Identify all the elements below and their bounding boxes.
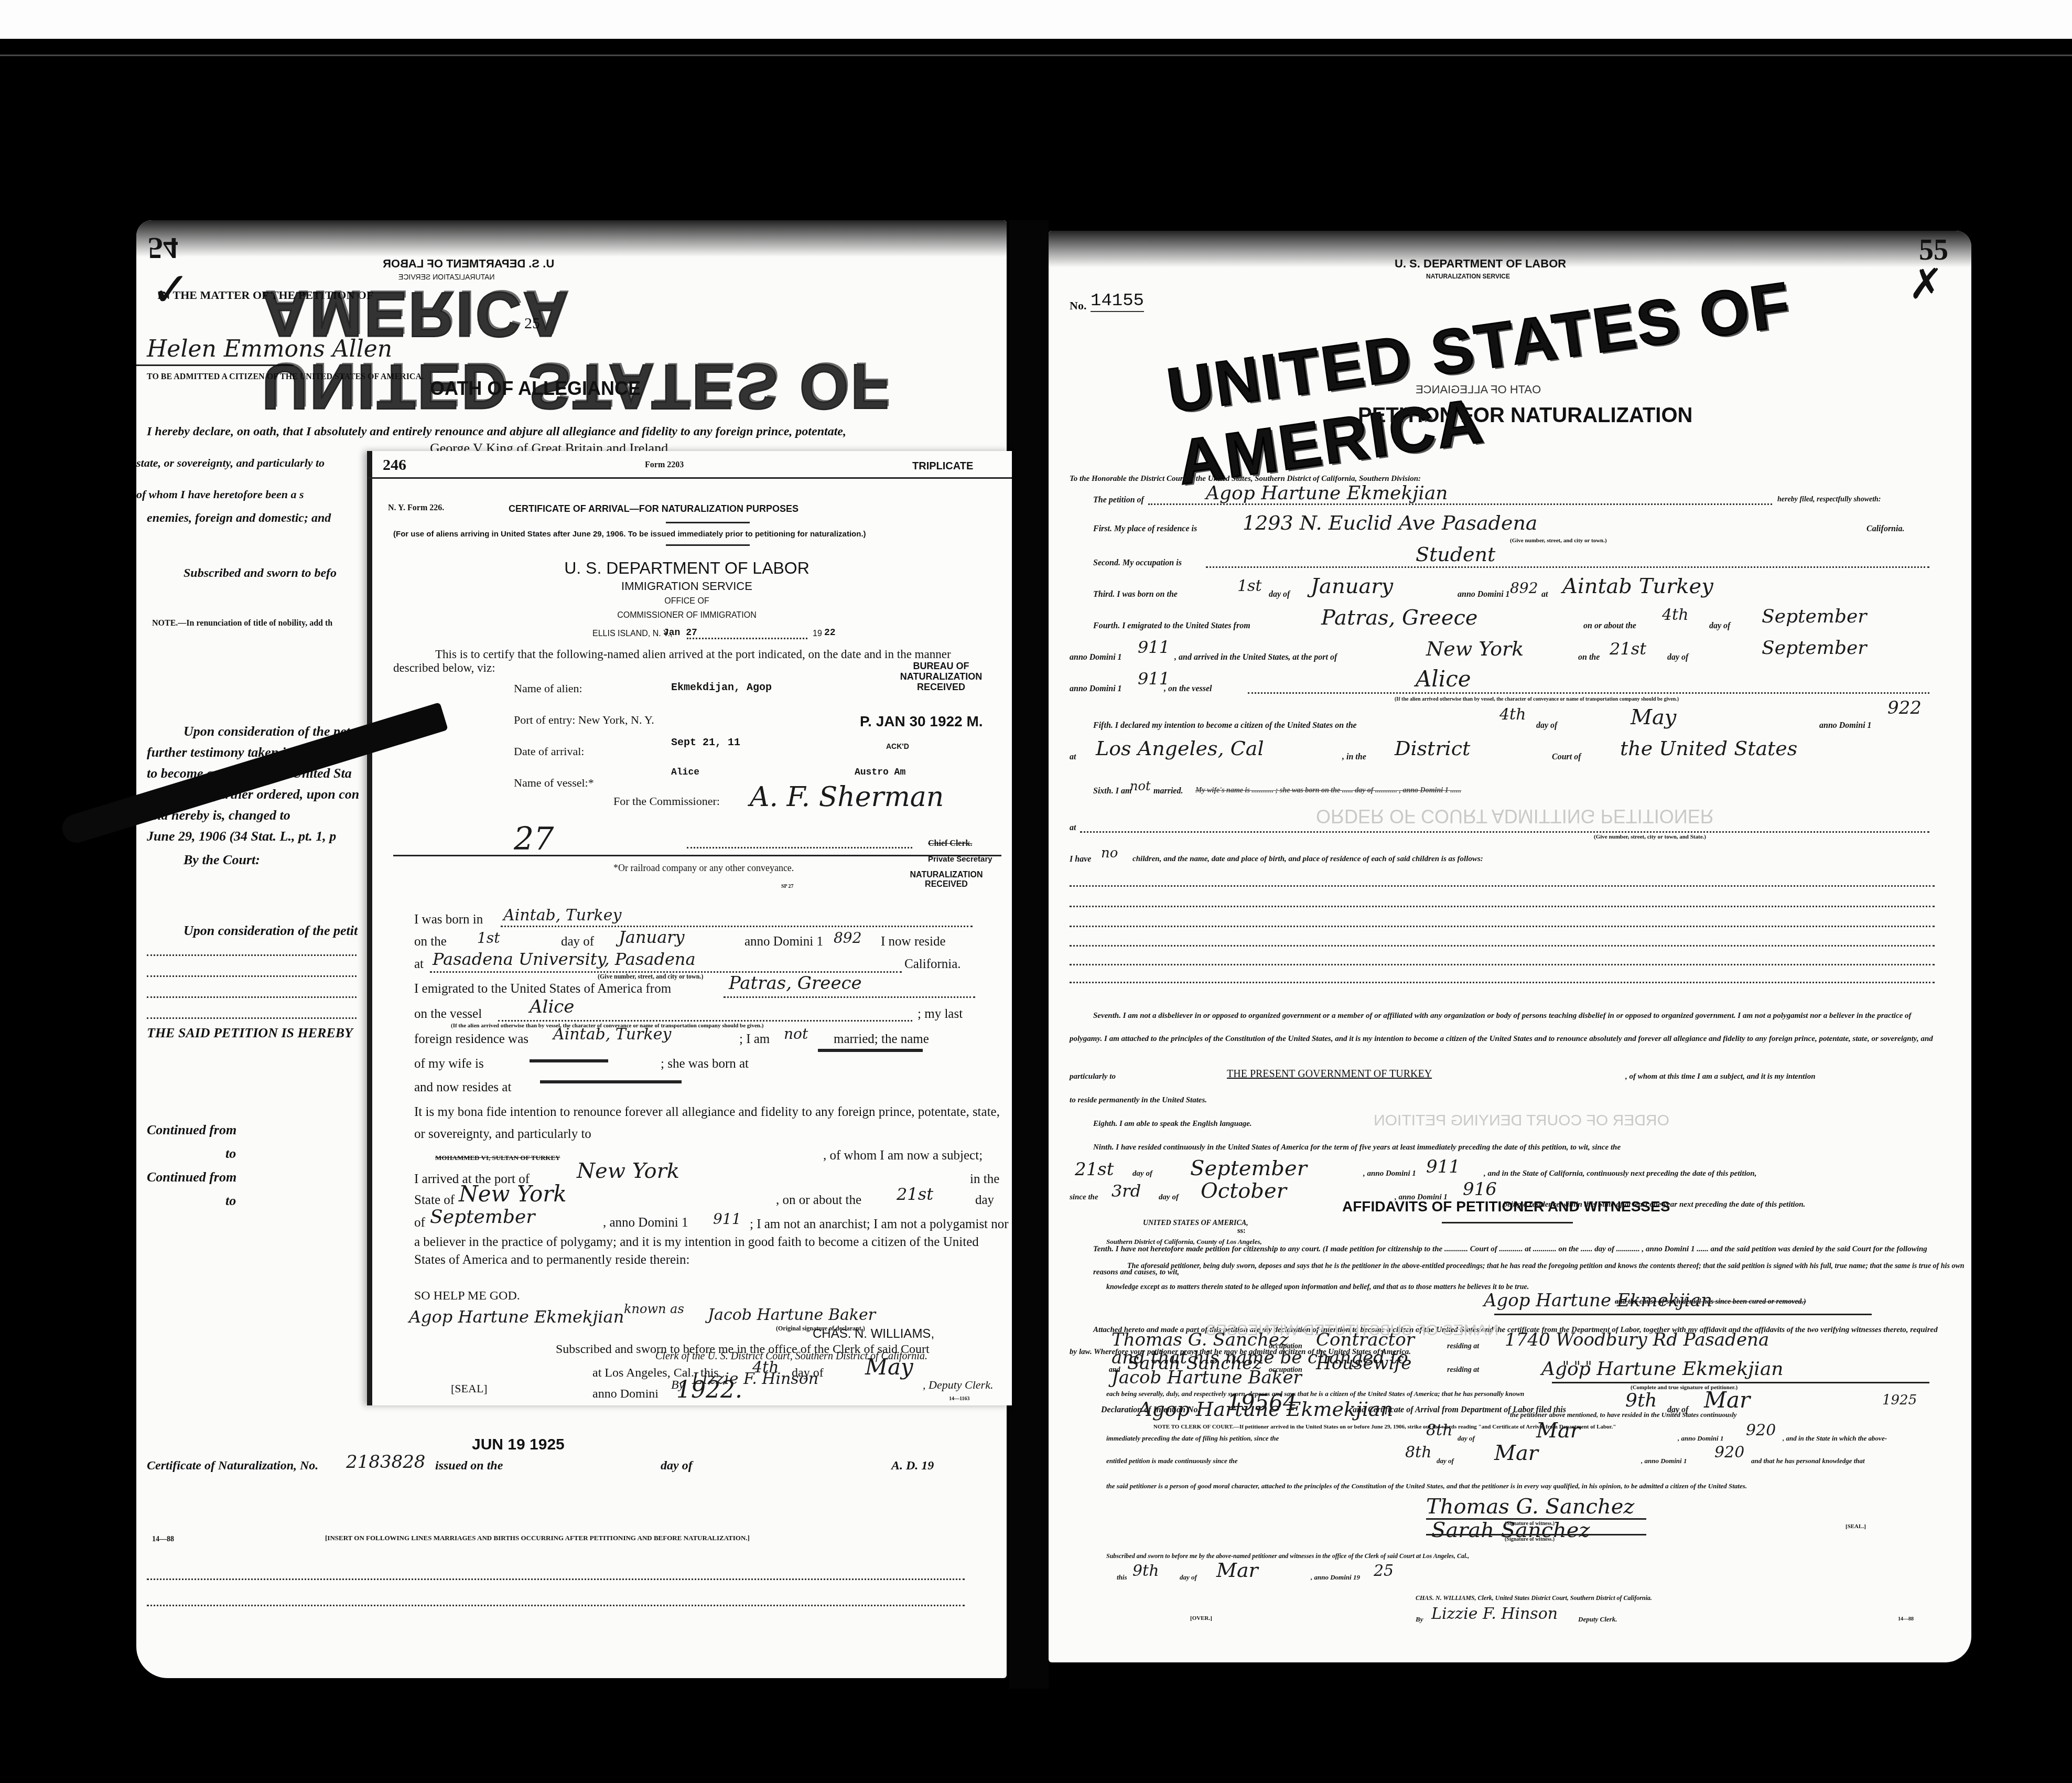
clerk-name: CHAS. N. WILLIAMS, <box>813 1327 934 1341</box>
ad-label: A. D. 19 <box>891 1459 934 1473</box>
first-value: 1293 N. Euclid Ave Pasadena <box>1243 511 1538 534</box>
ninth-since: since the <box>1070 1193 1098 1202</box>
i-am-label: ; I am <box>739 1032 770 1047</box>
blank-line <box>1070 926 1935 927</box>
born-value: Aintab, Turkey <box>503 906 621 925</box>
petition-number: 14155 <box>1091 291 1144 312</box>
fourth-anno: anno Domini 1 <box>1070 653 1122 662</box>
blank-line <box>147 975 357 977</box>
arc-title-mirrored: UNITED STATES OF AMERICA <box>262 278 1007 423</box>
note-nobility: NOTE.—In renunciation of title of nobili… <box>152 619 332 628</box>
over-label: [OVER.] <box>1190 1615 1212 1621</box>
sworn-anno: anno Domini <box>592 1387 659 1401</box>
ninth-ca-month: October <box>1201 1179 1287 1203</box>
signature-line <box>1494 1314 1872 1315</box>
cert-footnote: *Or railroad company or any other convey… <box>613 863 794 874</box>
fourth-vessel-label: , on the vessel <box>1164 684 1212 694</box>
petitioner-signature-2: Agop Hartune Ekmekjian <box>1484 1290 1712 1311</box>
private-secretary: Private Secretary <box>928 855 992 864</box>
ghost-order-admit: ORDER OF COURT ADMITTING PETITIONER <box>1316 805 1714 827</box>
vessel-note: (If the alien arrived otherwise than by … <box>1395 696 1679 702</box>
blank-line <box>147 1605 965 1606</box>
my-last: ; my last <box>918 1007 963 1022</box>
wife-label: of my wife is <box>414 1057 484 1071</box>
petition-title: PETITION FOR NATURALIZATION <box>1358 404 1692 427</box>
received-date-stamp: P. JAN 30 1922 M. <box>860 713 983 730</box>
by-the-court: By the Court: <box>184 852 260 868</box>
year-label: 19 <box>813 629 822 639</box>
second-value: Student <box>1416 543 1495 566</box>
blank-line <box>1070 906 1935 907</box>
occupation-label: occupation <box>1269 1342 1302 1351</box>
signature-line <box>687 847 912 848</box>
each-being: each being severally, duly, and respecti… <box>1106 1390 1977 1398</box>
deputy-signature: Lizzie F. Hinson <box>1431 1605 1558 1623</box>
ghost-order-deny: ORDER OF COURT DENYING PETITION <box>1374 1112 1669 1130</box>
married-label: married; the name <box>834 1032 929 1047</box>
fourth-arrived: , and arrived in the United States, at t… <box>1174 653 1337 662</box>
fifth-in-the: , in the <box>1342 753 1366 762</box>
strike-mark <box>530 1059 608 1062</box>
cert-top-rule <box>367 477 1012 479</box>
ninth-year: 911 <box>1426 1156 1460 1177</box>
commissioner-signature: A. F. Sherman <box>750 781 944 813</box>
imm-anno: , anno Domini 1 <box>1678 1434 1723 1443</box>
strike-mark <box>540 1080 682 1083</box>
now-reside: I now reside <box>881 935 946 949</box>
third-day: 1st <box>1237 577 1262 595</box>
field-name-value: Ekmekdijan, Agop <box>671 682 772 694</box>
deputy-label: , Deputy Clerk. <box>923 1378 993 1392</box>
witness-2-residence: " " " <box>1562 1358 1592 1376</box>
ent-day: 8th <box>1405 1443 1431 1462</box>
witness-1-occupation: Contractor <box>1316 1329 1415 1350</box>
emigrated-from: Patras, Greece <box>729 973 862 994</box>
scan-top-margin <box>0 0 2072 39</box>
declarant-signature: Agop Hartune Ekmekjian <box>409 1307 624 1327</box>
rule <box>666 544 750 546</box>
anarchist-text: ; I am not an anarchist; I am not a poly… <box>414 1216 1012 1269</box>
on-or-about: , on or about the <box>776 1193 861 1208</box>
ninth-ca-day-of: day of <box>1159 1193 1179 1202</box>
residing-label: residing at <box>1447 1366 1479 1374</box>
ninth-day-of: day of <box>1132 1169 1152 1178</box>
sixth-label: Sixth. I am <box>1093 787 1131 796</box>
imm-tail: , and in the State in which the above- <box>1783 1434 1887 1443</box>
residence-value: Pasadena University, Pasadena <box>433 949 696 969</box>
sub-day: 9th <box>1132 1562 1159 1580</box>
vessel-line: Austro Am <box>855 767 905 778</box>
birth-month: January <box>619 927 685 947</box>
blank-line <box>147 996 357 998</box>
first-label: First. My place of residence is <box>1093 524 1197 534</box>
to-1: to <box>225 1146 236 1162</box>
moral-character: the said petitioner is a person of good … <box>1106 1476 1977 1496</box>
date-line <box>687 638 807 639</box>
arrived-port-value: New York <box>577 1159 679 1183</box>
blank-line <box>498 1020 912 1022</box>
now-resides-label: and now resides at <box>414 1080 511 1095</box>
married-value: not <box>784 1025 808 1043</box>
witness-note-2: (Signature of witness.) <box>1505 1537 1555 1542</box>
anno-domini: anno Domini 1 <box>744 935 823 949</box>
received-stamp-2: NATURALIZATION RECEIVED <box>897 871 996 889</box>
small-code: SP 27 <box>781 884 794 889</box>
imm-year: 920 <box>1746 1421 1776 1440</box>
fifth-day: 4th <box>1499 705 1526 724</box>
third-year: 892 <box>1510 579 1538 597</box>
first-state: California. <box>1866 524 1904 534</box>
blank-line <box>501 926 973 927</box>
witness-2-name: Sarah Sanchez <box>1127 1353 1262 1374</box>
born-at-label: ; she was born at <box>661 1057 749 1071</box>
blank-line <box>1248 692 1929 694</box>
fourth-port: New York <box>1426 637 1524 660</box>
ninth-state-text: , and in the State of California, contin… <box>1484 1169 1756 1178</box>
residing-label: residing at <box>1447 1342 1479 1351</box>
naturalization-date-stamp: JUN 19 1925 <box>472 1436 565 1454</box>
fourth-year: 911 <box>1138 637 1170 657</box>
field-vessel-label: Name of vessel:* <box>514 776 594 790</box>
sixth-at: at <box>1070 823 1076 833</box>
petition-no-label: No. <box>1070 299 1086 313</box>
imm-day: 8th <box>1426 1421 1452 1440</box>
known-tail: the petitioner above mentioned, to have … <box>1510 1411 1737 1419</box>
clerk-line: CHAS. N. WILLIAMS, Clerk, United States … <box>1416 1594 1652 1602</box>
strike-mark <box>818 1049 923 1052</box>
cert-subtitle: (For use of aliens arriving in United St… <box>393 530 866 539</box>
emigrated-label: I emigrated to the United States of Amer… <box>414 982 671 996</box>
give-number-note: (Give number, street, and city or town.) <box>1510 538 1607 544</box>
birth-day: 1st <box>477 929 500 947</box>
fourth-month: September <box>1762 606 1866 627</box>
cert-nat-number: 2183828 <box>346 1452 425 1473</box>
children-value: no <box>1101 845 1118 861</box>
ninth-month: September <box>1190 1156 1307 1180</box>
ackd-stamp: ACK'D <box>886 742 909 750</box>
foreign-res-value: Aintab, Turkey <box>553 1025 671 1044</box>
so-help-me-god: SO HELP ME GOD. <box>414 1289 520 1303</box>
sub-day-of: day of <box>1180 1573 1197 1582</box>
occupation-label: occupation <box>1269 1366 1302 1374</box>
eighth-clause: Eighth. I am able to speak the English l… <box>1093 1120 1252 1129</box>
decl-form-code: 14—1163 <box>949 1396 969 1402</box>
oath-mirrored: OATH OF ALLEGIANCE <box>1416 383 1541 396</box>
fifth-day-of: day of <box>1536 721 1557 731</box>
birth-year: 892 <box>834 929 861 947</box>
by-label: By <box>671 1378 684 1392</box>
ninth-anno: , anno Domini 1 <box>1363 1169 1416 1178</box>
continued-from-2: Continued from <box>147 1169 236 1185</box>
certificate-of-arrival: 246 Form 2203 TRIPLICATE N. Y. Form 226.… <box>367 451 1012 1405</box>
subscribed-line: Subscribed and sworn to before me by the… <box>1106 1552 1735 1560</box>
alias-signature: Jacob Hartune Baker <box>708 1306 876 1324</box>
cert-nat-label: Certificate of Naturalization, No. <box>147 1459 318 1473</box>
ent-day-of: day of <box>1437 1457 1454 1465</box>
fifth-anno: anno Domini 1 <box>1819 721 1872 731</box>
fourth-on-the: on the <box>1578 653 1600 662</box>
known-as: known as <box>624 1302 684 1316</box>
day-of-label: day of <box>661 1459 693 1473</box>
blank-line <box>1070 964 1935 965</box>
continued-from-1: Continued from <box>147 1122 236 1138</box>
sixth-note: (Give number, street, city or town, and … <box>1594 834 1706 840</box>
venue-2: Southern District of California, County … <box>1106 1238 1262 1246</box>
chief-clerk: Chief Clerk. <box>928 839 972 848</box>
foreign-res-label: foreign residence was <box>414 1032 528 1047</box>
signature-line <box>1552 1382 1929 1383</box>
imm-day-of: day of <box>1458 1434 1475 1443</box>
ninth-day: 21st <box>1075 1159 1114 1180</box>
fourth-day: 4th <box>1662 606 1688 624</box>
reside-permanently: to reside permanently in the United Stat… <box>1070 1096 1207 1105</box>
blank-line <box>147 954 357 956</box>
clerk-title: Clerk of the U. S. District Court, South… <box>655 1350 927 1362</box>
blank-line <box>1070 885 1935 887</box>
deputy-signature: Lizzie F. Hinson <box>692 1370 818 1388</box>
fourth-vessel: Alice <box>1416 666 1471 692</box>
page-number: 54 <box>148 231 178 266</box>
place-date-value: Jan 27 <box>663 628 697 638</box>
blank-line <box>1080 831 1929 833</box>
petition-of-label: The petition of <box>1093 496 1144 505</box>
upon-consideration-2: Upon consideration of the petit <box>184 923 358 939</box>
for-commissioner: For the Commissioner: <box>613 794 720 808</box>
state-of-label: State of <box>414 1193 455 1208</box>
cert-top-number: 246 <box>383 456 406 474</box>
entitled-label: entitled petition is made continuously s… <box>1106 1457 1238 1465</box>
hereby-filed: hereby filed, respectfully showeth: <box>1777 496 1881 504</box>
state-of-value: New York <box>459 1181 567 1207</box>
oath-mirrored-text: OATH OF ALLEGIANCE <box>1416 383 1541 396</box>
third-day-of: day of <box>1269 590 1290 599</box>
fourth-arr-month: September <box>1762 637 1866 659</box>
sovereign-value: MOHAMMED VI, SULTAN OF TURKEY <box>435 1154 560 1162</box>
imm-month: Mar <box>1536 1419 1580 1443</box>
sixth-married: married. <box>1153 787 1183 796</box>
signature-line <box>1426 1534 1646 1535</box>
sub-this: this <box>1117 1573 1127 1582</box>
third-at: at <box>1541 590 1548 599</box>
fifth-at: at <box>1070 753 1076 762</box>
in-the-label: in the <box>970 1172 999 1187</box>
known-petitioner: Agop Hartune Ekmekjian <box>1138 1398 1393 1421</box>
third-place: Aintab Turkey <box>1562 574 1713 598</box>
particularly-label: particularly to <box>1070 1072 1116 1081</box>
dept-sub: NATURALIZATION SERVICE <box>1426 273 1510 280</box>
particularly-tail: , of whom at this time I am a subject, a… <box>1625 1072 1816 1081</box>
seventh-clause: Seventh. I am not a disbeliever in or op… <box>1070 1004 1940 1050</box>
deputy-label: Deputy Clerk. <box>1578 1615 1617 1624</box>
at-label: at <box>414 957 424 972</box>
second-label: Second. My occupation is <box>1093 558 1182 568</box>
seal-label: [SEAL.] <box>1846 1523 1866 1530</box>
fifth-court-name: the United States <box>1620 737 1797 760</box>
ent-year: 920 <box>1714 1443 1744 1462</box>
place-date-label: ELLIS ISLAND, N. Y., <box>592 629 672 639</box>
fourth-on-about: on or about the <box>1583 621 1636 631</box>
blank-line <box>1070 945 1935 947</box>
fourth-arr-anno: anno Domini 1 <box>1070 684 1122 694</box>
cert-title: CERTIFICATE OF ARRIVAL—FOR NATURALIZATIO… <box>509 503 798 514</box>
field-name-label: Name of alien: <box>514 682 582 695</box>
cert-bottom-rule <box>393 855 1001 856</box>
field-date-value: Sept 21, 11 <box>671 737 740 749</box>
cert-commissioner: COMMISSIONER OF IMMIGRATION <box>372 611 1001 620</box>
witness-2-occupation: Housewife <box>1316 1353 1411 1374</box>
intention-text: It is my bona fide intention to renounce… <box>414 1101 1012 1145</box>
ent-tail: and that he has personal knowledge that <box>1751 1457 1865 1465</box>
arrival-day: 21st <box>897 1184 933 1204</box>
blank-line <box>147 1017 357 1019</box>
affidavits-title: AFFIDAVITS OF PETITIONER AND WITNESSES <box>1342 1198 1670 1215</box>
third-month: January <box>1311 574 1393 598</box>
day-label: day <box>975 1193 994 1208</box>
ent-month: Mar <box>1494 1441 1538 1465</box>
issued-label: issued on the <box>435 1459 503 1473</box>
by-label: By <box>1416 1615 1423 1624</box>
immediately-label: immediately preceding the date of filing… <box>1106 1434 1279 1443</box>
oath-title: OATH OF ALLEGIANCE <box>430 378 641 400</box>
ny-form: N. Y. Form 226. <box>388 503 444 513</box>
subject-text: , of whom I am now a subject; <box>823 1148 983 1163</box>
on-the-label: on the <box>414 935 447 949</box>
said-petition-hereby: THE SAID PETITION IS HEREBY <box>147 1025 353 1041</box>
sub-month: Mar <box>1216 1559 1258 1582</box>
fifth-label: Fifth. I declared my intention to become… <box>1093 721 1357 731</box>
children-label: I have <box>1070 855 1091 864</box>
enemies-line: enemies, foreign and domestic; and <box>147 511 331 525</box>
scan-artifact-line <box>0 55 2072 56</box>
fifth-court: District <box>1395 737 1470 760</box>
cert-dept: U. S. DEPARTMENT OF LABOR <box>372 558 1001 578</box>
blank-line <box>147 1578 965 1580</box>
fourth-from: Patras, Greece <box>1321 606 1477 630</box>
fifth-court-of: Court of <box>1552 753 1581 762</box>
section-rule <box>1442 1222 1573 1223</box>
margin-mark: 27 <box>514 821 554 857</box>
copy-label: TRIPLICATE <box>912 460 973 472</box>
blank-line <box>1206 566 1929 568</box>
give-number-note: (Give number, street, and city or town.) <box>598 973 703 981</box>
blank-line <box>1148 503 1772 505</box>
form-code: 14—88 <box>152 1535 174 1544</box>
year-value: 22 <box>824 628 836 638</box>
fifth-place: Los Angeles, Cal <box>1096 737 1264 760</box>
book-gutter <box>1009 220 1049 1689</box>
venue-ss: ss: <box>1237 1227 1246 1236</box>
and-label: and <box>1109 1366 1120 1374</box>
oath-text: I hereby declare, on oath, that I absolu… <box>147 425 986 439</box>
witness-1-signature: Thomas G. Sanchez <box>1426 1495 1634 1519</box>
ninth-ca-day: 3rd <box>1111 1181 1141 1201</box>
oath-text-2: state, or sovereignty, and particularly … <box>136 456 325 470</box>
ninth-ca-year: 916 <box>1463 1179 1497 1200</box>
fourth-arr-day-of: day of <box>1667 653 1688 662</box>
arc-title: UNITED STATES OF AMERICA <box>1163 244 1971 499</box>
rule <box>666 522 750 523</box>
witness-1-name: Thomas G. Sanchez <box>1111 1329 1289 1350</box>
sub-anno: , anno Domini 19 <box>1311 1573 1360 1582</box>
venue-1: UNITED STATES OF AMERICA, <box>1143 1219 1248 1228</box>
insert-note: [INSERT ON FOLLOWING LINES MARRIAGES AND… <box>325 1534 750 1542</box>
third-label: Third. I was born on the <box>1093 590 1178 599</box>
blank-line <box>1070 982 1935 983</box>
third-anno: anno Domini 1 <box>1458 590 1510 599</box>
ninth-clause: Ninth. I have resided continuously in th… <box>1093 1143 1942 1152</box>
form-label: Form 2203 <box>645 460 684 470</box>
sub-year: 25 <box>1374 1562 1394 1580</box>
subscribed-line: Subscribed and sworn to befo <box>184 566 337 581</box>
oath-text-3: of whom I have heretofore been a s <box>136 488 304 501</box>
fourth-label: Fourth. I emigrated to the United States… <box>1093 621 1250 631</box>
page-shadow <box>136 220 1007 257</box>
fifth-month: May <box>1631 705 1676 729</box>
fifth-year: 922 <box>1887 697 1922 718</box>
to-2: to <box>225 1193 236 1209</box>
ent-anno: , anno Domini 1 <box>1641 1457 1687 1465</box>
state-label: California. <box>904 957 961 972</box>
sixth-struck: My wife's name is ............ ; she was… <box>1195 787 1461 795</box>
born-label: I was born in <box>414 912 483 927</box>
cert-service: IMMIGRATION SERVICE <box>372 579 1001 593</box>
witness-1-residence: 1740 Woodbury Rd Pasadena <box>1505 1329 1769 1350</box>
particularly-value: THE PRESENT GOVERNMENT OF TURKEY <box>1227 1068 1432 1080</box>
sixth-value: not <box>1130 779 1151 793</box>
fourth-arr-day: 21st <box>1610 639 1646 659</box>
field-date-label: Date of arrival: <box>514 745 584 758</box>
cert-office-of: OFFICE OF <box>372 597 1001 606</box>
day-of-label: day of <box>561 935 594 949</box>
dept-header-mirrored: U. S. DEPARTMENT OF LABOR <box>383 257 554 271</box>
vessel-label: on the vessel <box>414 1007 482 1022</box>
field-vessel-value: Alice <box>671 767 699 778</box>
children-text: children, and the name, date and place o… <box>1132 855 1483 864</box>
petitioner-name: Agop Hartune Ekmekjian <box>1206 482 1448 504</box>
field-port-label: Port of entry: New York, N. Y. <box>514 713 654 727</box>
blank-line <box>724 996 975 998</box>
seal-label: [SEAL] <box>451 1382 488 1395</box>
bureau-stamp: BUREAU OF NATURALIZATION RECEIVED <box>886 661 996 692</box>
fourth-day-of: day of <box>1709 621 1730 631</box>
form-code: 14—88 <box>1898 1616 1914 1622</box>
vessel-value: Alice <box>530 996 574 1017</box>
june-statute: June 29, 1906 (34 Stat. L., pt. 1, p <box>147 829 336 844</box>
dept-header: U. S. DEPARTMENT OF LABOR <box>1395 257 1566 271</box>
